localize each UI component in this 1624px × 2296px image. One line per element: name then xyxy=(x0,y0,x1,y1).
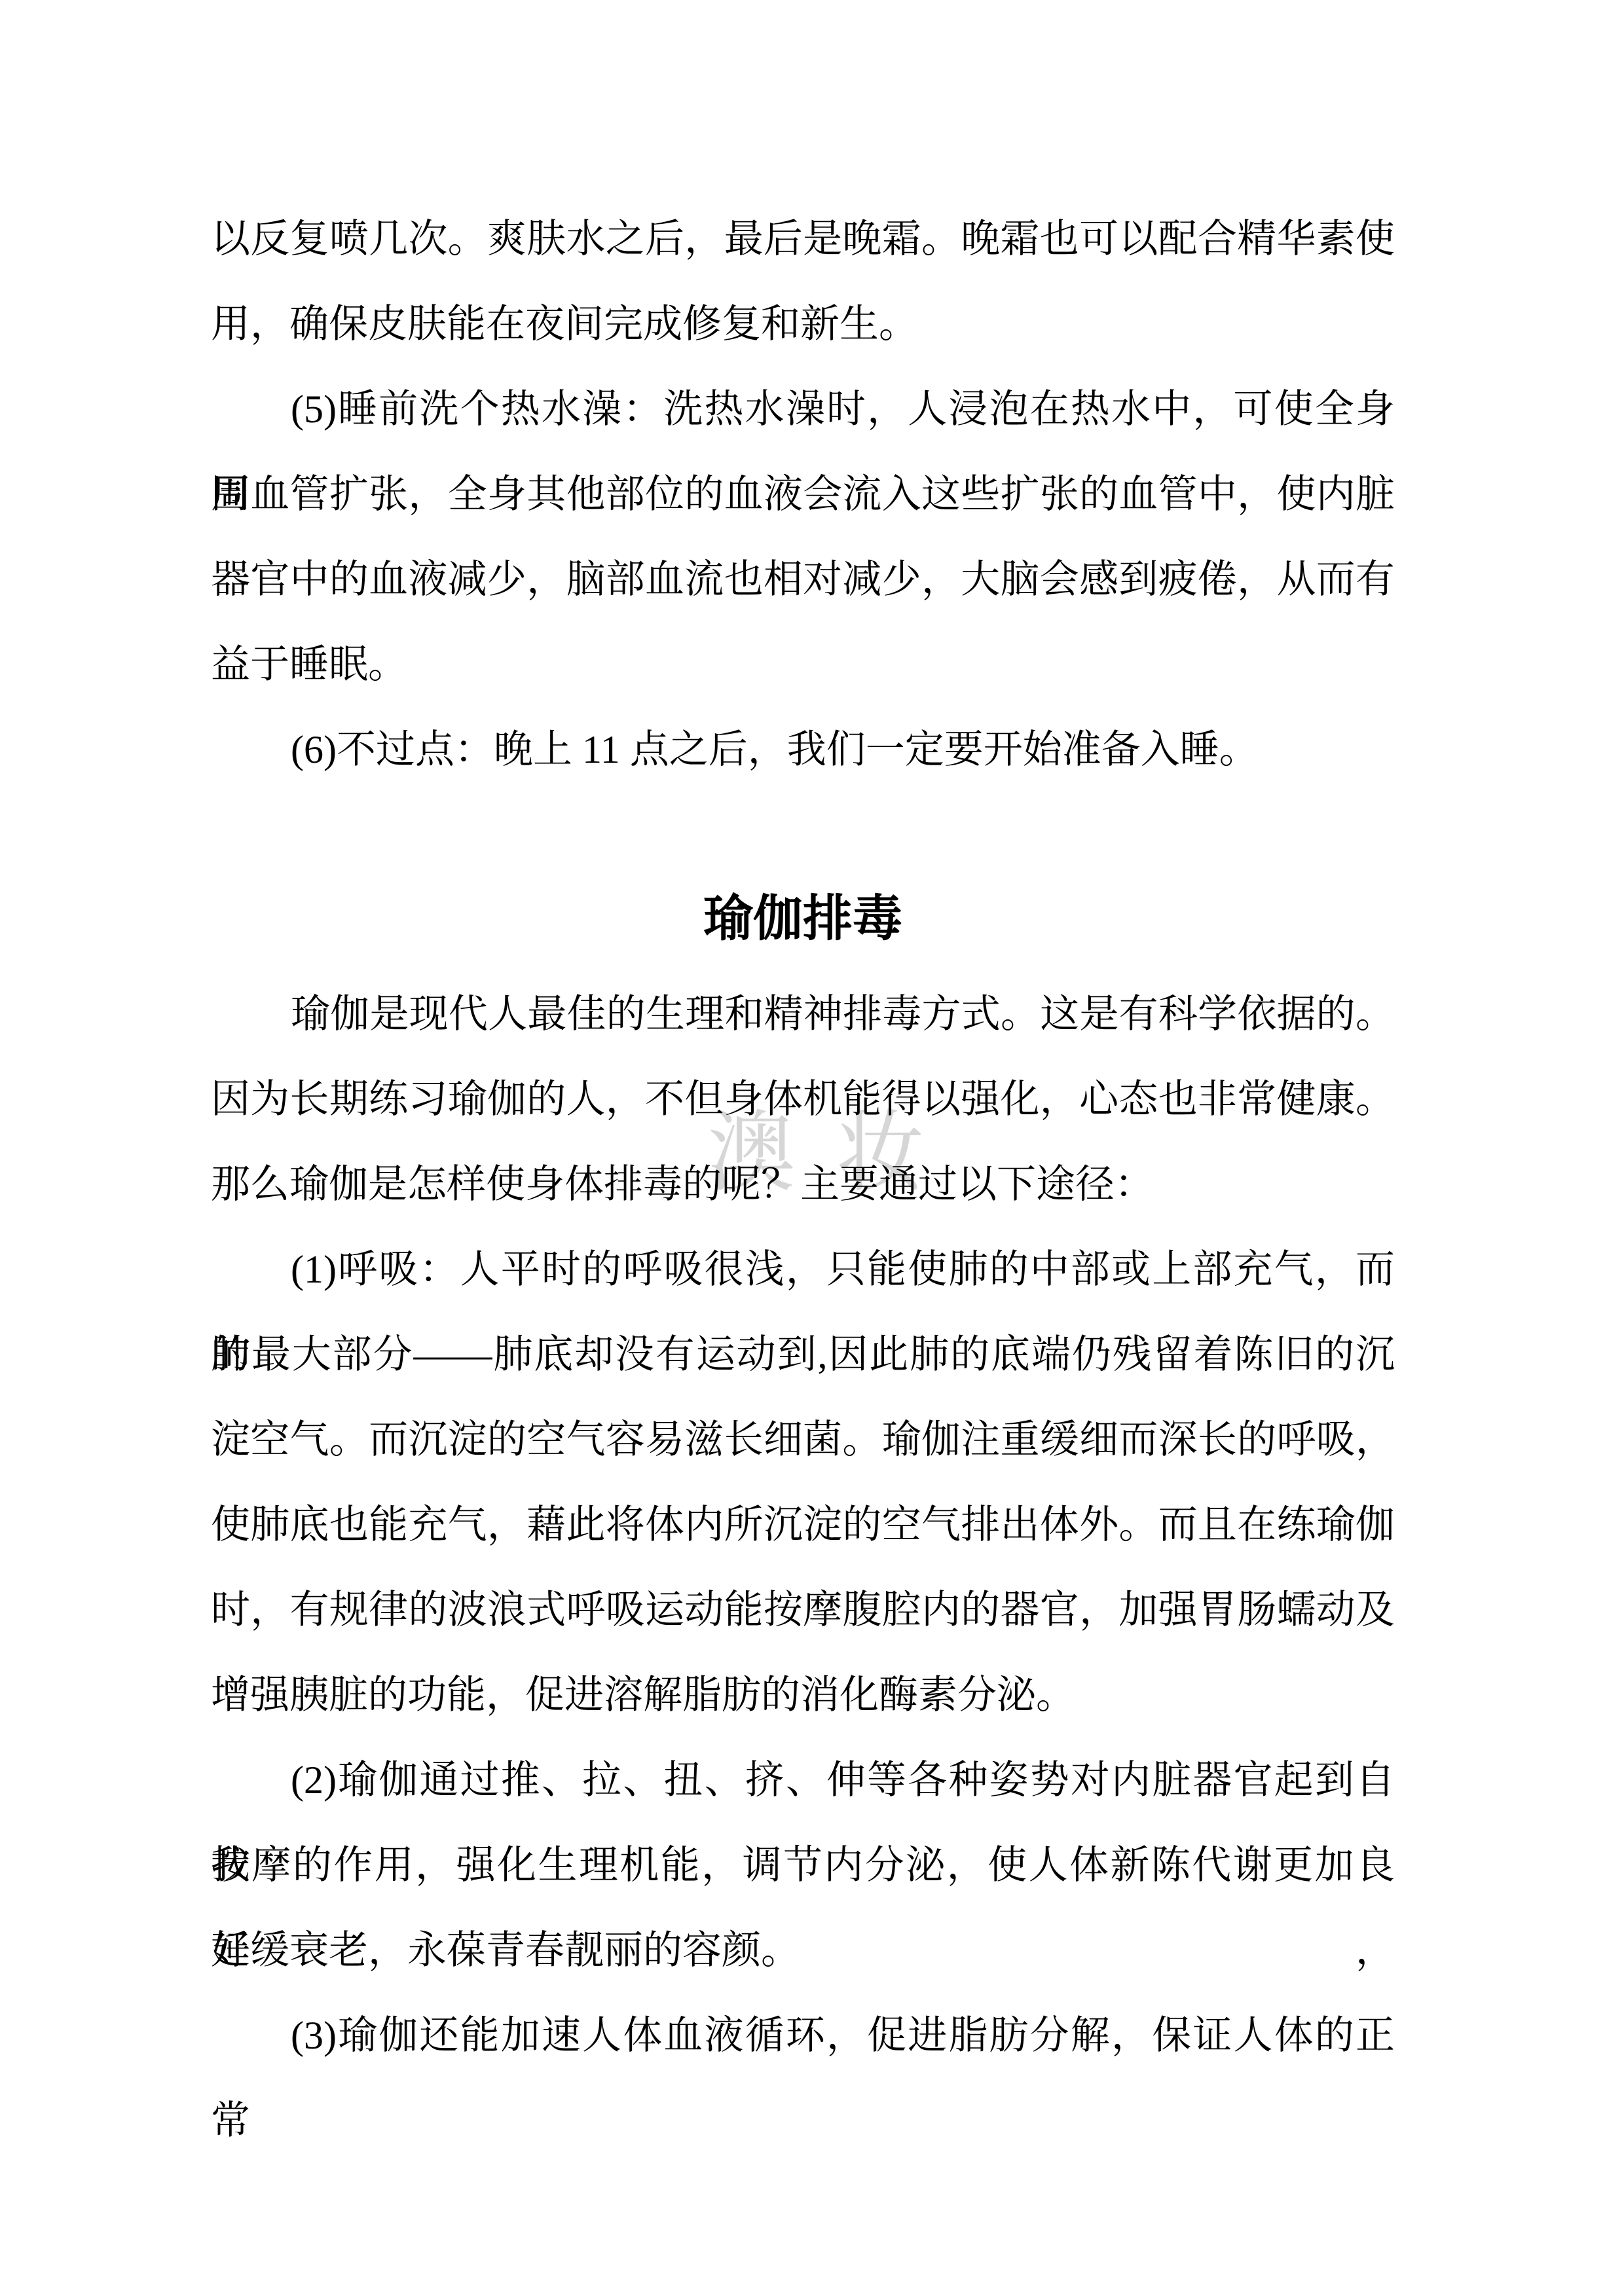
text-line: 用，确保皮肤能在夜间完成修复和新生。 xyxy=(211,282,1395,367)
text-block-bottom: 瑜伽是现代人最佳的生理和精神排毒方式。这是有科学依据的。因为长期练习瑜伽的人，不… xyxy=(211,972,1395,2078)
text-line: 围血管扩张，全身其他部位的血液会流入这些扩张的血管中，使内脏 xyxy=(211,452,1395,537)
text-line: 增强胰脏的功能，促进溶解脂肪的消化酶素分泌。 xyxy=(211,1652,1395,1738)
text-line: 瑜伽是现代人最佳的生理和精神排毒方式。这是有科学依据的。 xyxy=(211,972,1395,1057)
text-line: 益于睡眠。 xyxy=(211,622,1395,707)
text-line: (1)呼吸：人平时的呼吸很浅，只能使肺的中部或上部充气，而肺 xyxy=(211,1227,1395,1312)
text-block-top: 以反复喷几次。爽肤水之后，最后是晚霜。晚霜也可以配合精华素使用，确保皮肤能在夜间… xyxy=(211,196,1395,792)
text-line: 按摩的作用，强化生理机能，调节内分泌，使人体新陈代谢更加良好， xyxy=(211,1823,1395,1908)
text-line: 以反复喷几次。爽肤水之后，最后是晚霜。晚霜也可以配合精华素使 xyxy=(211,196,1395,282)
text-line: (6)不过点：晚上 11 点之后，我们一定要开始准备入睡。 xyxy=(211,707,1395,792)
text-line: 的最大部分——肺底却没有运动到,因此肺的底端仍残留着陈旧的沉 xyxy=(211,1312,1395,1397)
text-line: (5)睡前洗个热水澡：洗热水澡时，人浸泡在热水中，可使全身周 xyxy=(211,367,1395,452)
document-content: 以反复喷几次。爽肤水之后，最后是晚霜。晚霜也可以配合精华素使用，确保皮肤能在夜间… xyxy=(211,196,1395,2078)
text-line: 因为长期练习瑜伽的人，不但身体机能得以强化，心态也非常健康。 xyxy=(211,1057,1395,1142)
text-line: 器官中的血液减少，脑部血流也相对减少，大脑会感到疲倦，从而有 xyxy=(211,537,1395,622)
text-line: 那么瑜伽是怎样使身体排毒的呢？主要通过以下途径： xyxy=(211,1142,1395,1227)
document-page: 澳妆 以反复喷几次。爽肤水之后，最后是晚霜。晚霜也可以配合精华素使用，确保皮肤能… xyxy=(0,0,1624,2296)
section-heading: 瑜伽排毒 xyxy=(211,867,1395,972)
text-line: 时，有规律的波浪式呼吸运动能按摩腹腔内的器官，加强胃肠蠕动及 xyxy=(211,1567,1395,1652)
text-line: (2)瑜伽通过推、拉、扭、挤、伸等各种姿势对内脏器官起到自我 xyxy=(211,1738,1395,1823)
text-line: 淀空气。而沉淀的空气容易滋长细菌。瑜伽注重缓细而深长的呼吸， xyxy=(211,1397,1395,1482)
text-line: (3)瑜伽还能加速人体血液循环，促进脂肪分解，保证人体的正常 xyxy=(211,1993,1395,2078)
text-line: 使肺底也能充气，藉此将体内所沉淀的空气排出体外。而且在练瑜伽 xyxy=(211,1482,1395,1567)
